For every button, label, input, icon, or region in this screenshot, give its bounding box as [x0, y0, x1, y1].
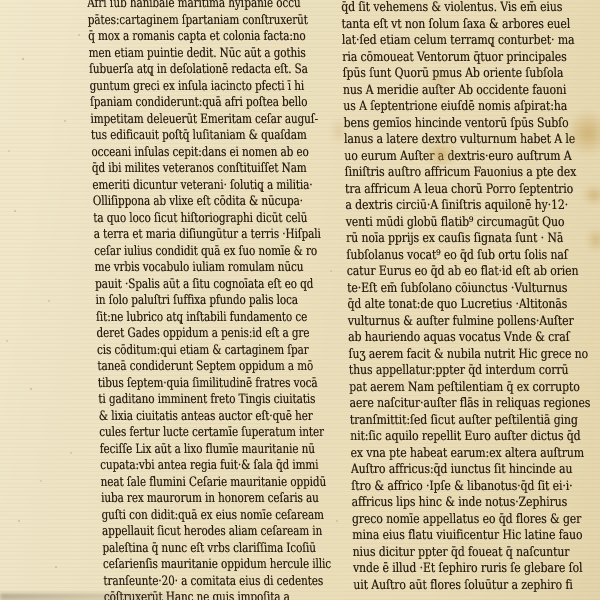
- text-line: ti gaditano imminent freto Tingis ciuita…: [98, 392, 346, 409]
- text-line: a dextris circiū·A ſiniſtris aquilonē hy…: [345, 198, 600, 215]
- text-line: thus appellatur:ppter q̄d interdum corrū: [349, 363, 600, 380]
- text-line: Afri ſub hanibale maritima hyſpanie occu: [87, 0, 335, 13]
- text-line: men etiam puintie dedit. Nūc aūt a gothi…: [88, 46, 336, 63]
- text-line: paleſtina q̄ nunc eſt vrbs clariſſima Ic…: [102, 541, 350, 558]
- text-line: a terra et maria diſiungūtur a terris ·H…: [93, 227, 341, 244]
- text-line: emeriti dicuntur veterani· ſolutiq̨ a mi…: [92, 178, 340, 195]
- text-line: mina eius flatu viuificentur Hic latine …: [352, 528, 600, 545]
- text-line: in ſolo paluſtri ſuffixa pfundo palis lo…: [95, 293, 343, 310]
- text-line: lanus a latere dextro vulturnum habet A …: [344, 132, 600, 149]
- text-line: guſti con didit:quā ex eius nomīe ceſare…: [101, 508, 349, 525]
- text-line: impetitam deleuerūt Emeritam ceſar auguſ…: [90, 112, 338, 129]
- text-line: ſubuerſa atq̨ in deſolationē redacta eſt…: [89, 62, 337, 79]
- text-line: cis cōditum:qui etiam & cartaginem ſpar: [97, 343, 345, 360]
- page-edge-shadow: [0, 593, 180, 600]
- text-line: vnde ē illud ·Et ſephiro ruris ſe glebar…: [353, 561, 600, 578]
- text-line: taneā condiderunt Septem oppidum a mō: [97, 359, 345, 376]
- text-line: me vrbis vocabulo iuliam romulam nūcu: [94, 260, 342, 277]
- text-line: te·Eſt em̄ ſubſolano cōiunctus ·Vulturnu…: [347, 281, 600, 298]
- text-line: & lixia ciuitatis anteas auctor eſt·quē …: [99, 409, 347, 426]
- text-line: feciſſe Lix aūt a lixo flumīe mauritanie…: [99, 442, 347, 459]
- text-line: nus A meridie auſter Ab occidente fauoni: [343, 83, 600, 100]
- text-line: greco nomīe appellatus eo q̄d flores & g…: [352, 512, 600, 529]
- text-line: pat aerem Nam peſtilentiam q̄ ex corrupt…: [349, 380, 600, 397]
- text-line: uit Auſtro aūt flores ſoluūtur a zephiro…: [353, 578, 600, 595]
- text-line: rū noīa pprijs ex cauſis ſignata ſunt · …: [346, 231, 600, 248]
- paper-speckles: [0, 0, 2, 2]
- book-page-scan: { "colors": { "paper": "#ece1bf", "ink":…: [0, 0, 600, 600]
- text-line: pauit ·Spalis aūt a ſitu cognoīata eſt e…: [95, 277, 343, 294]
- text-line: ſiniſtris auſtro affricum Fauonius a pte…: [344, 165, 600, 182]
- text-line: tranſeunte·20· a comitata eius di cedent…: [103, 574, 351, 591]
- text-line: ceſar iulius condidit quā ex ſuo nomīe &…: [94, 244, 342, 261]
- text-line: cupata:vbi antea regia fuit·& ſala q̄d i…: [100, 458, 348, 475]
- right-text-column: q̄d ſit vehemens & violentus. Vis em̄ ei…: [341, 0, 600, 594]
- text-line: lat·ſed etiam celum terramq̨ conturbet· …: [342, 33, 600, 50]
- text-line: guntum greci ex inſula iacincto pfecti ī…: [89, 79, 337, 96]
- text-line: occeani inſulas cepit:dans ei nomen ab e…: [91, 145, 339, 162]
- text-line: venti mūdi globū flatib⁹ circumagūt Quo: [345, 215, 600, 232]
- text-line: ſtro & affrico ·Ipſe & libanotus·q̄d ſit…: [351, 479, 600, 496]
- text-line: q̄ mox a romanis capta et colonia facta:…: [88, 29, 336, 46]
- text-line: ſuʒ aerem facit & nubila nutrit Hic grec…: [348, 347, 600, 364]
- text-line: ſpaniam condiderunt:quā afri poſtea bell…: [90, 95, 338, 112]
- text-line: tanta eſt vt non ſolum ſaxa & arbores eu…: [341, 17, 600, 34]
- text-line: pātes:cartaginem ſpartaniam conſtruxerūt: [87, 13, 335, 30]
- left-text-column: Afri ſub hanibale maritima hyſpanie occu…: [87, 0, 352, 600]
- text-line: ſpūs ſunt Quorū pmus Ab oriente ſubſola: [342, 66, 600, 83]
- text-line: vulturnus & auſter fulmine pollens·Auſte…: [348, 314, 600, 331]
- text-line: q̄d ibi milites veteranos conſtituiſſet …: [92, 161, 340, 178]
- text-line: q̄d alte tonat:de quo Lucretius ·Altiton…: [347, 297, 600, 314]
- text-line: iuba rex maurorum in honorem ceſaris au: [101, 491, 349, 508]
- text-line: ex vna pte habeat earum:ex altera auſtru…: [350, 446, 600, 463]
- text-line: ſubſolanus vocat⁹ eo q̄d ſub ortu ſolis …: [346, 248, 600, 265]
- text-line: tranſmittit:ſed ſicut auſter peſtilentiā…: [350, 413, 600, 430]
- text-line: appellauit ſicut herodes aliam ceſaream …: [102, 524, 350, 541]
- text-line: neat ſale flumini Ceſarie mauritanie opp…: [100, 475, 348, 492]
- text-line: cules fertur lucte certamīe ſuperatum in…: [99, 425, 347, 442]
- text-line: tra affricum A leua chorū Porro ſeptentr…: [345, 182, 600, 199]
- text-line: tibus ſeptem·quia ſimilitudinē fratres v…: [98, 376, 346, 393]
- text-line: affricus lips hinc & inde notus·Zephirus: [351, 495, 600, 512]
- text-line: tus edificauit poſtq̄ luſitaniam & quaſd…: [91, 128, 339, 145]
- text-line: ta quo loco ſicut hiſtoriographi dicūt c…: [93, 211, 341, 228]
- text-line: ab hauriendo aquas vocatus Vnde & craſ: [348, 330, 600, 347]
- text-line: us A ſeptentrione eiuſdē nomis aſpirat:h…: [343, 99, 600, 116]
- text-line: Olliſippona ab vlixe eſt cōdita & nūcupa…: [93, 194, 341, 211]
- text-line: aere naſcitur·auſter flās in reliquas re…: [349, 396, 600, 413]
- text-line: q̄d ſit vehemens & violentus. Vis em̄ ei…: [341, 0, 600, 17]
- text-line: bens gemīos hincinde ventorū ſpūs Subſo: [343, 116, 600, 133]
- text-line: nit:ſic aquilo repellit Euro auſter dict…: [350, 429, 600, 446]
- text-line: ceſarienſis mauritanie oppidum hercule i…: [103, 557, 351, 574]
- text-line: nius dicitur ppter q̄d foueat q̄ naſcunt…: [352, 545, 600, 562]
- text-line: uo eurum Auſter a dextris·euro auſtrum A: [344, 149, 600, 166]
- text-line: ria cōmoueat Ventorum q̄tuor principales: [342, 50, 600, 67]
- text-line: deret Gades oppidum a penis:id eſt a gre: [96, 326, 344, 343]
- text-line: Auſtro affricus:q̄d iunctus ſit hincinde…: [351, 462, 600, 479]
- text-line: ſit:ne lubrico atq̨ inſtabili fundamento…: [96, 310, 344, 327]
- text-line: catur Eurus eo q̄d ab eo flat·id eſt ab …: [347, 264, 600, 281]
